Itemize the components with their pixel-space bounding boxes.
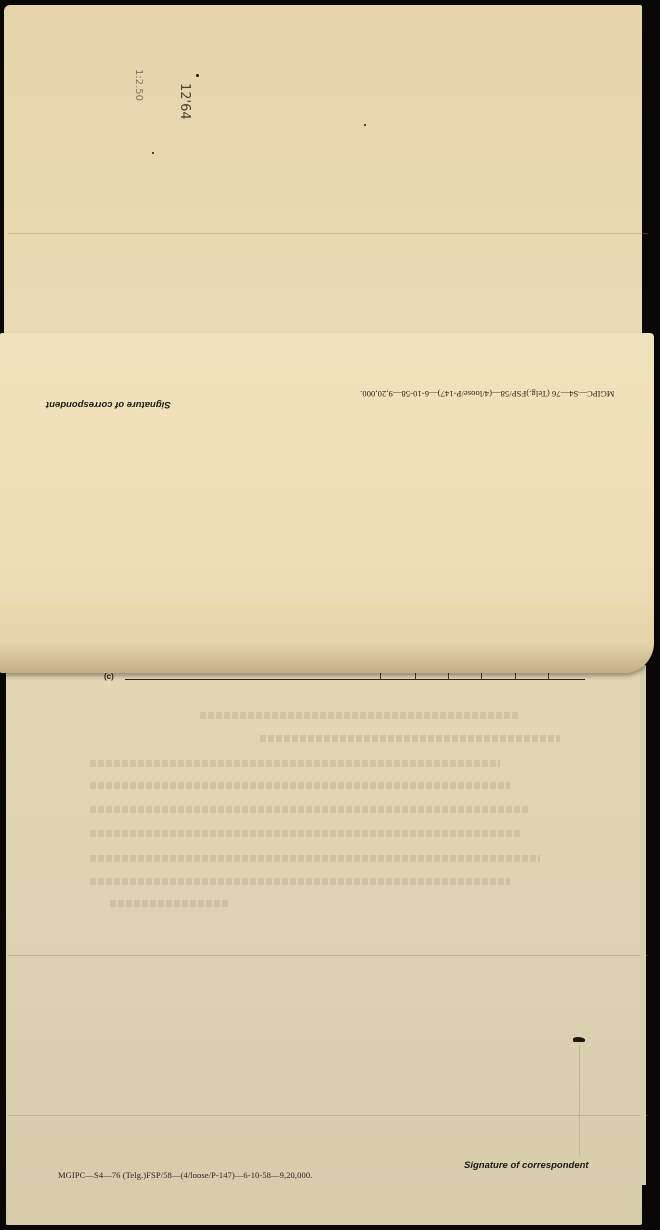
torn-edge xyxy=(648,1160,660,1230)
flap-print-line: MGIPC—S4—76 (Telg.)FSP/58—(4/loose/P-147… xyxy=(360,389,614,399)
handwritten-note: 12'64 xyxy=(177,83,192,120)
fold-crease xyxy=(8,233,648,234)
flap-signature-label: Signature of correspondent xyxy=(46,399,171,410)
ink-speck xyxy=(196,74,199,77)
form-rule-line xyxy=(125,679,585,680)
ink-speck xyxy=(152,152,154,154)
vertical-crease xyxy=(579,1045,580,1155)
folded-flap: MGIPC—S4—76 (Telg.)FSP/58—(4/loose/P-147… xyxy=(0,333,654,673)
left-edge-gap xyxy=(0,673,6,1230)
form-field-label: (c) xyxy=(104,672,114,681)
ink-speck xyxy=(364,124,366,126)
fold-crease xyxy=(8,955,648,956)
footer-signature-label: Signature of correspondent xyxy=(464,1160,589,1171)
handwritten-marks: 1:2.50 xyxy=(133,69,144,101)
fold-crease xyxy=(8,1115,648,1116)
flap-fold-shadow xyxy=(0,643,654,673)
ink-blot xyxy=(573,1037,585,1042)
footer-print-line: MGIPC—S4—76 (Telg.)FSP/58—(4/loose/P-147… xyxy=(58,1170,312,1180)
